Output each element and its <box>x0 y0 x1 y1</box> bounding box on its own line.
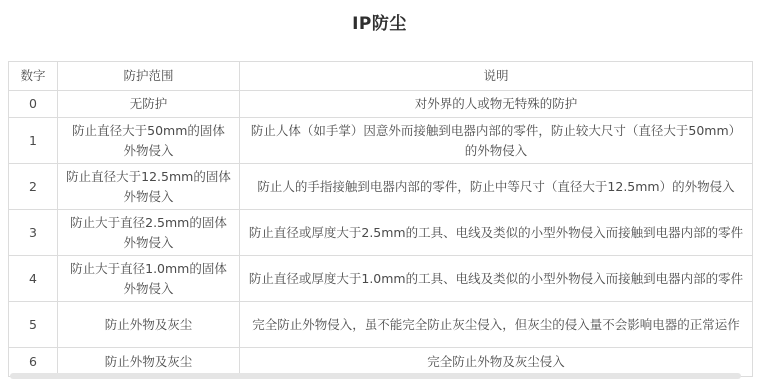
cell-scope: 防止直径大于50mm的固体外物侵入 <box>58 118 240 164</box>
table-row: 3 防止大于直径2.5mm的固体外物侵入 防止直径或厚度大于2.5mm的工具、电… <box>9 210 753 256</box>
table-header-row: 数字 防护范围 说明 <box>9 62 753 91</box>
table-row: 2 防止直径大于12.5mm的固体外物侵入 防止人的手指接触到电器内部的零件，防… <box>9 164 753 210</box>
cell-scope: 防止大于直径1.0mm的固体外物侵入 <box>58 256 240 302</box>
table-row: 0 无防护 对外界的人或物无特殊的防护 <box>9 91 753 118</box>
page: IP防尘 数字 防护范围 说明 0 无防护 对外界的人或物无特殊的防护 1 防止… <box>0 0 759 384</box>
cell-description: 防止直径或厚度大于2.5mm的工具、电线及类似的小型外物侵入而接触到电器内部的零… <box>240 210 753 256</box>
cell-description: 防止人体（如手掌）因意外而接触到电器内部的零件，防止较大尺寸（直径大于50mm）… <box>240 118 753 164</box>
cell-number: 5 <box>9 302 58 348</box>
ip-dust-rating-table: 数字 防护范围 说明 0 无防护 对外界的人或物无特殊的防护 1 防止直径大于5… <box>8 61 753 377</box>
cell-number: 2 <box>9 164 58 210</box>
header-protection-scope: 防护范围 <box>58 62 240 91</box>
cell-number: 3 <box>9 210 58 256</box>
cell-description: 对外界的人或物无特殊的防护 <box>240 91 753 118</box>
cell-description: 防止直径或厚度大于1.0mm的工具、电线及类似的小型外物侵入而接触到电器内部的零… <box>240 256 753 302</box>
cell-number: 4 <box>9 256 58 302</box>
table-row: 5 防止外物及灰尘 完全防止外物侵入，虽不能完全防止灰尘侵入，但灰尘的侵入量不会… <box>9 302 753 348</box>
cell-description: 完全防止外物侵入，虽不能完全防止灰尘侵入，但灰尘的侵入量不会影响电器的正常运作 <box>240 302 753 348</box>
cell-number: 0 <box>9 91 58 118</box>
cell-scope: 无防护 <box>58 91 240 118</box>
bottom-gray-bar <box>10 373 741 379</box>
page-title: IP防尘 <box>0 0 759 34</box>
header-number: 数字 <box>9 62 58 91</box>
cell-scope: 防止外物及灰尘 <box>58 302 240 348</box>
cell-scope: 防止大于直径2.5mm的固体外物侵入 <box>58 210 240 256</box>
header-description: 说明 <box>240 62 753 91</box>
table-row: 4 防止大于直径1.0mm的固体外物侵入 防止直径或厚度大于1.0mm的工具、电… <box>9 256 753 302</box>
cell-number: 1 <box>9 118 58 164</box>
cell-description: 防止人的手指接触到电器内部的零件，防止中等尺寸（直径大于12.5mm）的外物侵入 <box>240 164 753 210</box>
table-row: 1 防止直径大于50mm的固体外物侵入 防止人体（如手掌）因意外而接触到电器内部… <box>9 118 753 164</box>
cell-scope: 防止直径大于12.5mm的固体外物侵入 <box>58 164 240 210</box>
